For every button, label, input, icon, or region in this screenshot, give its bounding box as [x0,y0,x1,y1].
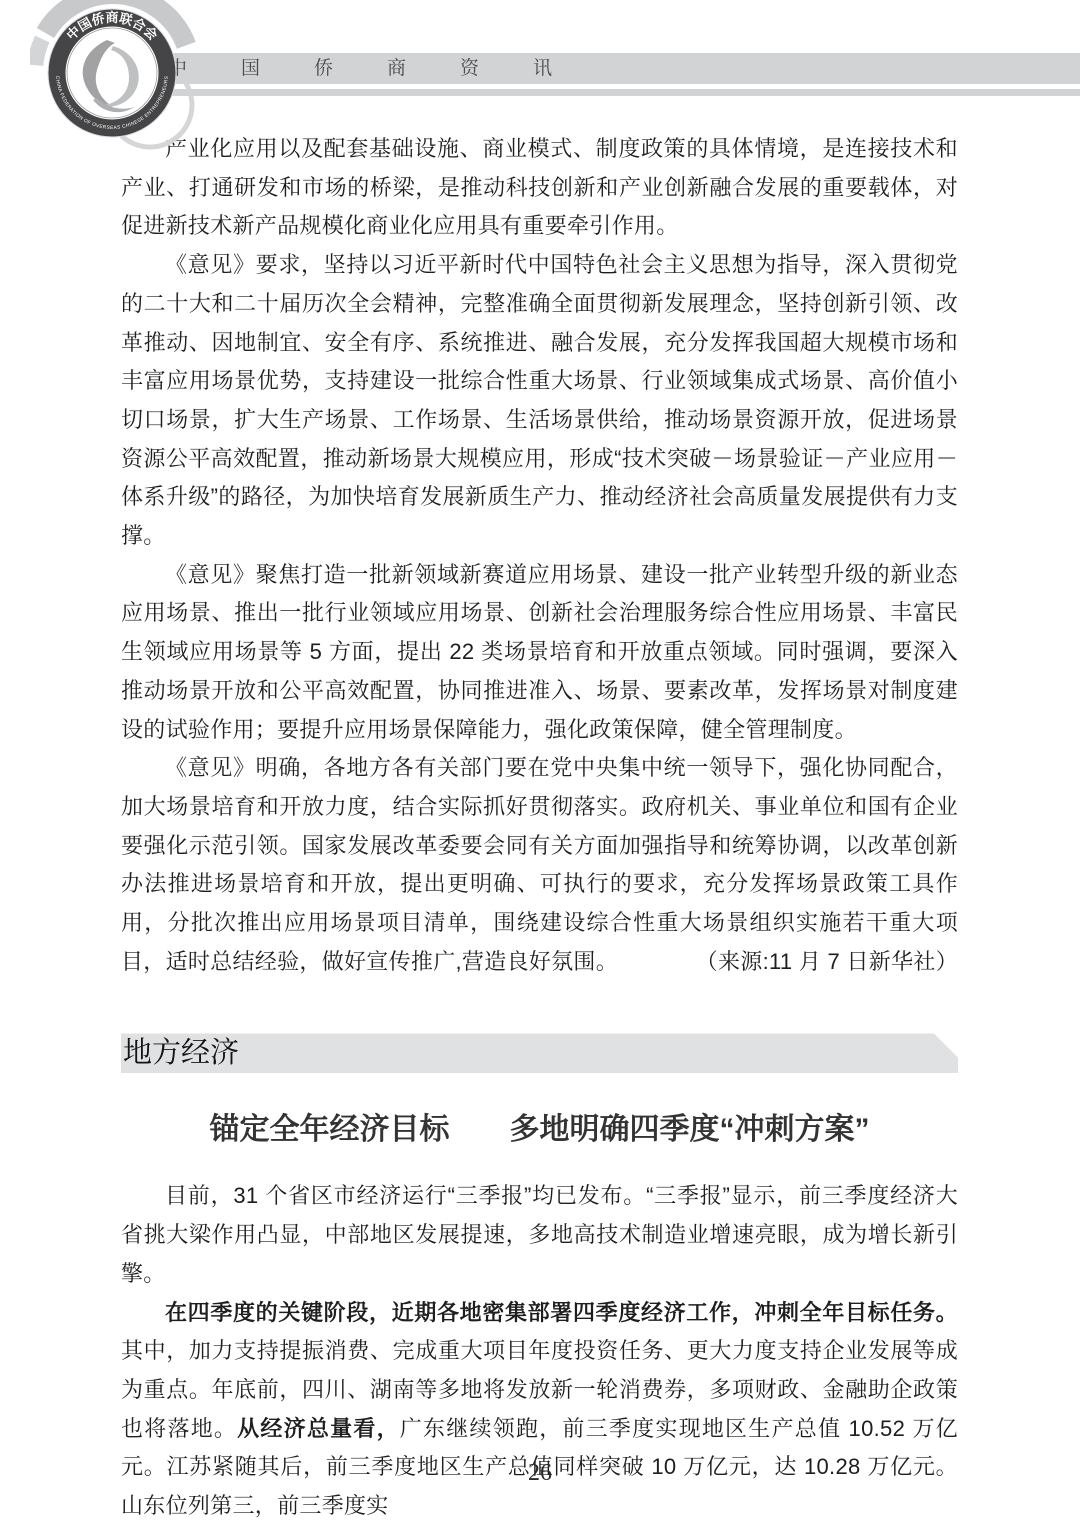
article2-title: 锚定全年经济目标 多地明确四季度“冲刺方案” [121,1111,958,1149]
page-number: 26 [0,1460,1080,1487]
article1-paragraph-3: 《意见》聚焦打造一批新领域新赛道应用场景、建设一批产业转型升级的新业态应用场景、… [121,556,958,750]
section-header-bar: 地方经济 [121,1033,958,1073]
masthead-band: 中国侨商资讯 [140,53,1080,84]
article2-paragraph-1: 目前，31 个省区市经济运行“三季报”均已发布。“三季报”显示，前三季度经济大省… [121,1177,958,1293]
page-content: 产业化应用以及配套基础设施、商业模式、制度政策的具体情境，是连接技术和产业、打通… [121,130,958,1525]
masthead-rule [150,89,1080,96]
article2-paragraph-2: 在四季度的关键阶段，近期各地密集部署四季度经济工作，冲刺全年目标任务。其中，加力… [121,1294,958,1525]
article1-paragraph-4-text: 《意见》明确，各地方各有关部门要在党中央集中统一领导下，强化协同配合，加大场景培… [121,755,958,974]
article1-paragraph-4: 《意见》明确，各地方各有关部门要在党中央集中统一领导下，强化协同配合，加大场景培… [121,749,958,981]
masthead-title: 中国侨商资讯 [168,59,606,78]
federation-logo: 中国侨商联合会 CHINA FEDERATION OF OVERSEAS CHI… [47,8,177,138]
article1-source: （来源:11 月 7 日新华社） [696,943,958,982]
section-title: 地方经济 [121,1039,239,1068]
newsletter-page: 中国侨商资讯 中国侨商联合会 CHINA FEDERATION OF OVERS… [0,0,1080,1525]
article1-paragraph-2: 《意见》要求，坚持以习近平新时代中国特色社会主义思想为指导，深入贯彻党的二十大和… [121,246,958,556]
